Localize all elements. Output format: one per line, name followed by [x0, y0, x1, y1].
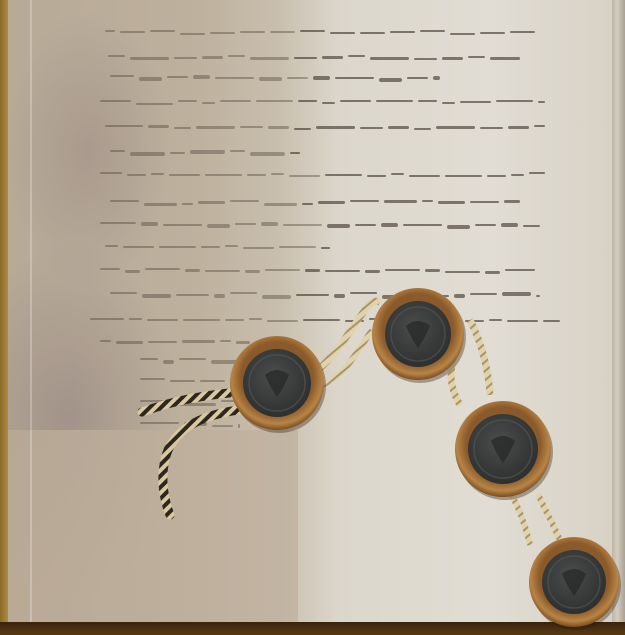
- seals-and-cords: [0, 0, 625, 635]
- wax-seal-2: [372, 288, 466, 383]
- wax-seal-3: [455, 401, 553, 500]
- wax-seal-1: [230, 336, 326, 433]
- charter-photograph: [0, 0, 625, 635]
- cord-tails-left: [142, 392, 240, 515]
- wax-seal-4: [529, 537, 621, 630]
